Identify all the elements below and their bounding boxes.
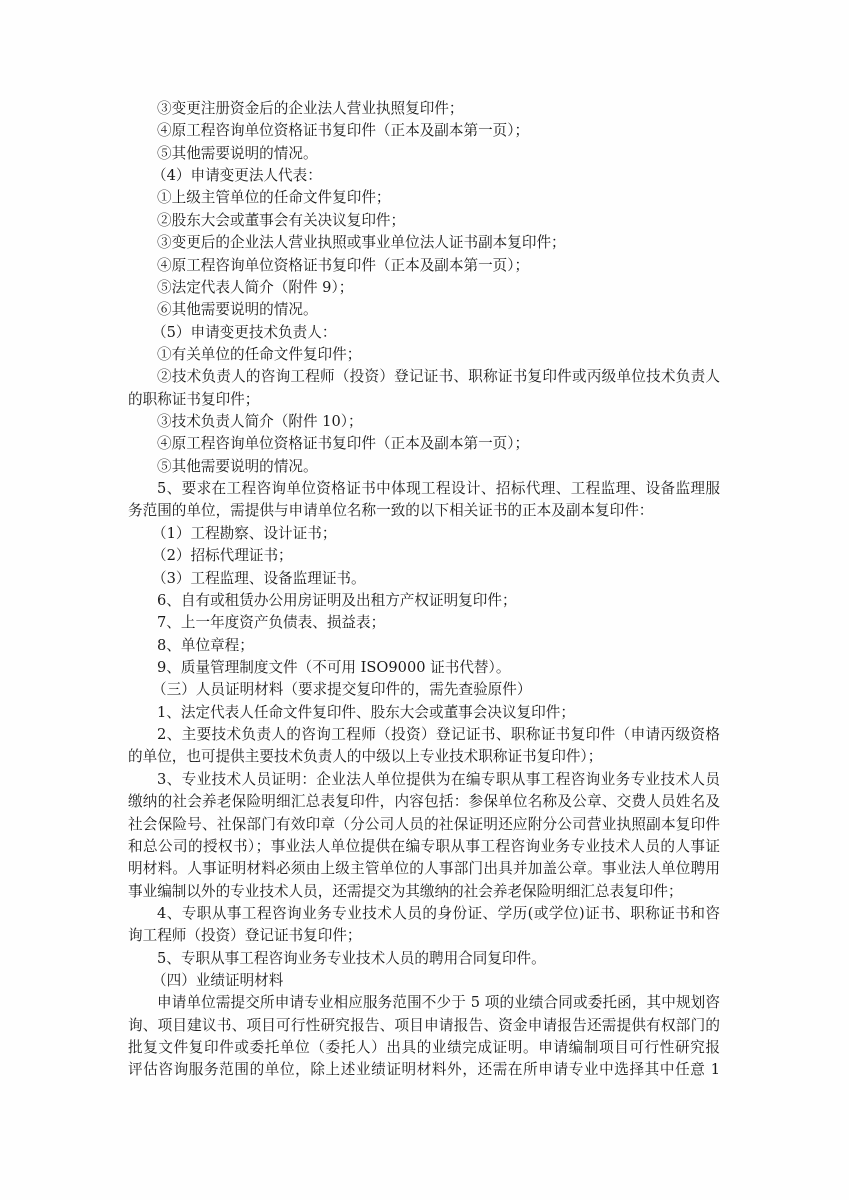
text-line: ②技术负责人的咨询工程师（投资）登记证书、职称证书复印件或丙级单位技术负责人 [128, 366, 720, 388]
text-line: 的职称证书复印件； [128, 389, 720, 411]
text-line: 务范围的单位，需提供与申请单位名称一致的以下相关证书的正本及副本复印件： [128, 500, 720, 522]
text-line: ④原工程咨询单位资格证书复印件（正本及副本第一页）； [128, 433, 720, 455]
text-line: 事业编制以外的专业技术人员，还需提交为其缴纳的社会养老保险明细汇总表复印件； [128, 881, 720, 903]
text-line: 社会保险号、社保部门有效印章（分公司人员的社保证明还应附分公司营业执照副本复印件 [128, 814, 720, 836]
text-line: 3、专业技术人员证明：企业法人单位提供为在编专职从事工程咨询业务专业技术人员 [128, 769, 720, 791]
text-line: 询工程师（投资）登记证书复印件； [128, 925, 720, 947]
text-line: （三）人员证明材料（要求提交复印件的，需先查验原件） [128, 679, 720, 701]
text-line: ①有关单位的任命文件复印件； [128, 344, 720, 366]
text-line: 2、主要技术负责人的咨询工程师（投资）登记证书、职称证书复印件（申请丙级资格 [128, 724, 720, 746]
text-line: ①上级主管单位的任命文件复印件； [128, 187, 720, 209]
text-line: 批复文件复印件或委托单位（委托人）出具的业绩完成证明。申请编制项目可行性研究报告… [128, 1037, 720, 1059]
text-line: 1、法定代表人任命文件复印件、股东大会或董事会决议复印件； [128, 702, 720, 724]
text-line: ⑥其他需要说明的情况。 [128, 299, 720, 321]
text-line: 7、上一年度资产负债表、损益表； [128, 612, 720, 634]
text-line: （5）申请变更技术负责人： [128, 322, 720, 344]
text-line: ②股东大会或董事会有关决议复印件； [128, 210, 720, 232]
text-line: ⑤其他需要说明的情况。 [128, 143, 720, 165]
text-line: （1）工程勘察、设计证书； [128, 523, 720, 545]
text-line: ③技术负责人简介（附件 10）； [128, 411, 720, 433]
text-line: 申请单位需提交所申请专业相应服务范围不少于 5 项的业绩合同或委托函，其中规划咨 [128, 992, 720, 1014]
text-line: 评估咨询服务范围的单位，除上述业绩证明材料外，还需在所申请专业中选择其中任意 1 [128, 1059, 720, 1081]
text-line: ⑤法定代表人简介（附件 9）； [128, 277, 720, 299]
text-line: 4、专职从事工程咨询业务专业技术人员的身份证、学历(或学位)证书、职称证书和咨 [128, 903, 720, 925]
text-line: 5、要求在工程咨询单位资格证书中体现工程设计、招标代理、工程监理、设备监理服 [128, 478, 720, 500]
text-line: ⑤其他需要说明的情况。 [128, 456, 720, 478]
text-line: 明材料。人事证明材料必须由上级主管单位的人事部门出具并加盖公章。事业法人单位聘用 [128, 858, 720, 880]
text-line: ④原工程咨询单位资格证书复印件（正本及副本第一页）； [128, 255, 720, 277]
text-line: 和总公司的授权书）；事业法人单位提供在编专职从事工程咨询业务专业技术人员的人事证 [128, 836, 720, 858]
text-line: 缴纳的社会养老保险明细汇总表复印件，内容包括：参保单位名称及公章、交费人员姓名及 [128, 791, 720, 813]
document-body: ③变更注册资金后的企业法人营业执照复印件；④原工程咨询单位资格证书复印件（正本及… [128, 98, 720, 1082]
text-line: ④原工程咨询单位资格证书复印件（正本及副本第一页）； [128, 120, 720, 142]
text-line: ③变更注册资金后的企业法人营业执照复印件； [128, 98, 720, 120]
text-line: （2）招标代理证书； [128, 545, 720, 567]
document-page: ③变更注册资金后的企业法人营业执照复印件；④原工程咨询单位资格证书复印件（正本及… [0, 0, 849, 1200]
text-line: 的单位，也可提供主要技术负责人的中级以上专业技术职称证书复印件）； [128, 746, 720, 768]
text-line: （3）工程监理、设备监理证书。 [128, 568, 720, 590]
text-line: 询、项目建议书、项目可行性研究报告、项目申请报告、资金申请报告还需提供有权部门的 [128, 1015, 720, 1037]
text-line: ③变更后的企业法人营业执照或事业单位法人证书副本复印件； [128, 232, 720, 254]
text-line: 9、质量管理制度文件（不可用 ISO9000 证书代替）。 [128, 657, 720, 679]
text-line: 6、自有或租赁办公用房证明及出租方产权证明复印件； [128, 590, 720, 612]
text-line: 8、单位章程； [128, 635, 720, 657]
text-line: 5、专职从事工程咨询业务专业技术人员的聘用合同复印件。 [128, 948, 720, 970]
text-line: （四）业绩证明材料 [128, 970, 720, 992]
text-line: （4）申请变更法人代表： [128, 165, 720, 187]
